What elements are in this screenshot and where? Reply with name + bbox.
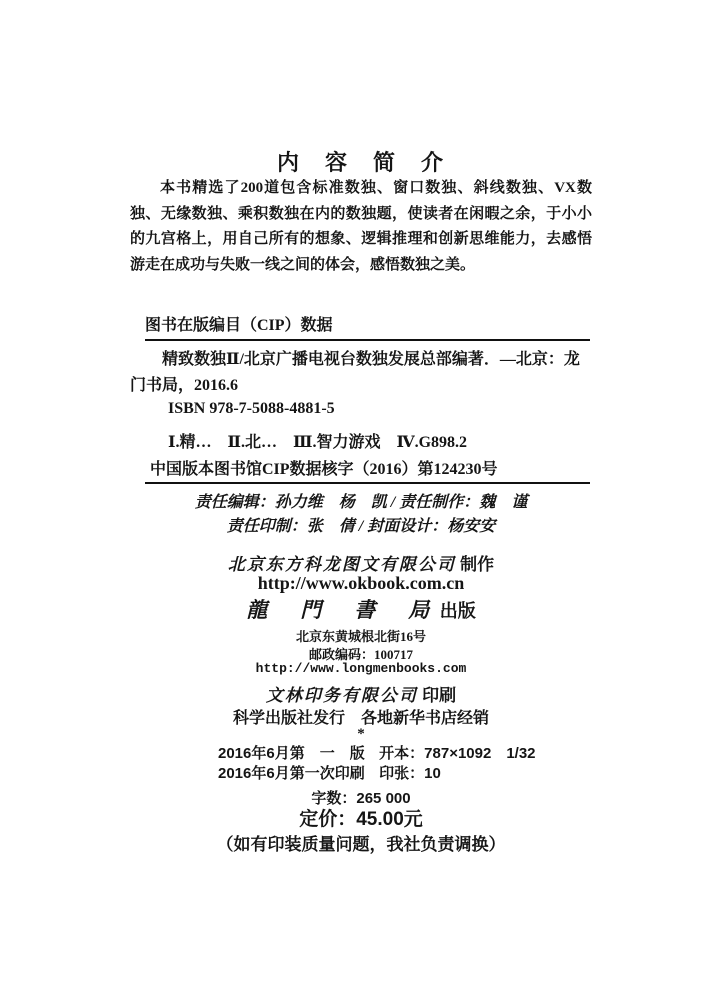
publisher-name: 龍 門 書 局 xyxy=(246,598,435,622)
producer-role: 制作 xyxy=(460,555,494,574)
producer-line: 北京东方科龙图文有限公司 制作 xyxy=(130,550,592,575)
responsible-printing: 责任印制：张 倩 / 封面设计：杨安安 xyxy=(130,513,592,536)
quality-note: （如有印装质量问题，我社负责调换） xyxy=(130,830,592,855)
page-title: 内 容 简 介 xyxy=(130,146,592,177)
isbn: ISBN 978-7-5088-4881-5 xyxy=(168,400,592,418)
impression-row: 2016年6月第一次印刷 印张：10 xyxy=(218,764,592,784)
format: 开本：787×1092 1/32 xyxy=(379,745,535,762)
producer-url: http://www.okbook.com.cn xyxy=(130,573,592,594)
asterisk-separator: * xyxy=(130,726,592,743)
price: 定价：45.00元 xyxy=(130,804,592,831)
publisher-line: 龍 門 書 局 出版 xyxy=(130,594,592,624)
edition: 2016年6月第 一 版 xyxy=(218,744,375,764)
responsible-editors: 责任编辑：孙力维 杨 凯 / 责任制作：魏 谨 xyxy=(130,489,592,512)
publisher-url: http://www.longmenbooks.com xyxy=(130,661,592,676)
publisher-role: 出版 xyxy=(440,601,476,621)
distribution-line: 科学出版社发行 各地新华书店经销 xyxy=(130,705,592,728)
copyright-page: 内 容 简 介 本书精选了200道包含标准数独、窗口数独、斜线数独、VX数独、无… xyxy=(0,0,720,1000)
publisher-address: 北京东黄城根北街16号 xyxy=(130,626,592,645)
printer-name: 文林印务有限公司 xyxy=(266,686,418,705)
producer-name: 北京东方科龙图文有限公司 xyxy=(228,555,456,574)
sheets: 印张：10 xyxy=(379,765,441,782)
print-specs: 2016年6月第 一 版 开本：787×1092 1/32 2016年6月第一次… xyxy=(218,744,592,784)
edition-row: 2016年6月第 一 版 开本：787×1092 1/32 xyxy=(218,744,592,764)
cip-classification: Ⅰ.精… Ⅱ.北… Ⅲ.智力游戏 Ⅳ.G898.2 xyxy=(168,429,592,452)
intro-paragraph: 本书精选了200道包含标准数独、窗口数独、斜线数独、VX数独、无缘数独、乘积数独… xyxy=(130,176,592,278)
cip-divider-top xyxy=(145,339,590,341)
cip-heading: 图书在版编目（CIP）数据 xyxy=(145,312,590,335)
impression: 2016年6月第一次印刷 xyxy=(218,764,375,784)
cip-registry-number: 中国版本图书馆CIP数据核字（2016）第124230号 xyxy=(150,456,592,479)
printer-line: 文林印务有限公司 印刷 xyxy=(130,681,592,706)
cip-divider-bottom xyxy=(145,482,590,484)
printer-role: 印刷 xyxy=(422,686,456,705)
cip-entry: 精致数独Ⅱ/北京广播电视台数独发展总部编著．—北京：龙门书局，2016.6 xyxy=(130,347,592,399)
